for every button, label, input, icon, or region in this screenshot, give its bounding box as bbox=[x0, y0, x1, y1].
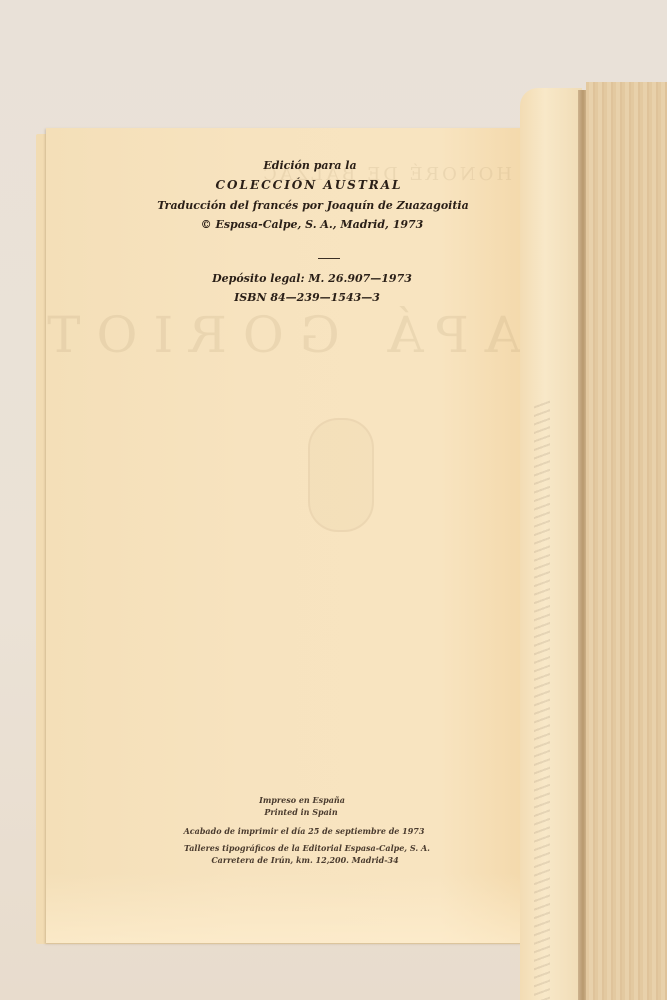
divider-rule bbox=[318, 258, 340, 259]
collection-name: COLECCIÓN AUSTRAL bbox=[80, 178, 538, 192]
legal-deposit: Depósito legal: M. 26.907—1973 bbox=[86, 272, 538, 285]
turned-page-text-shadow bbox=[534, 400, 550, 1000]
edition-line: Edición para la bbox=[82, 159, 538, 172]
bleed-through-emblem-icon bbox=[308, 418, 374, 532]
print-completion-date: Acabado de imprimir el día 25 de septiem… bbox=[70, 826, 538, 836]
legal-block: Depósito legal: M. 26.907—1973 ISBN 84—2… bbox=[46, 272, 538, 304]
imprint-page: HONORÉ DE BALZAC PAPÁ GORIOT Edición par… bbox=[46, 128, 538, 943]
printer-name: Talleres tipográficos de la Editorial Es… bbox=[76, 843, 538, 853]
copyright-line: © Espasa-Calpe, S. A., Madrid, 1973 bbox=[86, 218, 538, 231]
colophon-block: Impreso en España Printed in Spain Acaba… bbox=[46, 795, 538, 865]
printer-address: Carretera de Irún, km. 12,200. Madrid-34 bbox=[72, 855, 538, 865]
isbn: ISBN 84—239—1543—3 bbox=[76, 291, 538, 304]
bleed-through-title: PAPÁ GORIOT bbox=[96, 306, 566, 364]
translation-credit: Traducción del francés por Joaquín de Zu… bbox=[88, 199, 538, 212]
imprint-block: Edición para la COLECCIÓN AUSTRAL Traduc… bbox=[46, 159, 538, 231]
photo-scene: HONORÉ DE BALZAC PAPÁ GORIOT Edición par… bbox=[0, 0, 667, 1000]
page-block bbox=[586, 82, 667, 1000]
turned-page-edge bbox=[520, 88, 582, 1000]
printed-in-spain-es: Impreso en España bbox=[66, 795, 538, 805]
printed-in-spain-en: Printed in Spain bbox=[64, 807, 538, 817]
